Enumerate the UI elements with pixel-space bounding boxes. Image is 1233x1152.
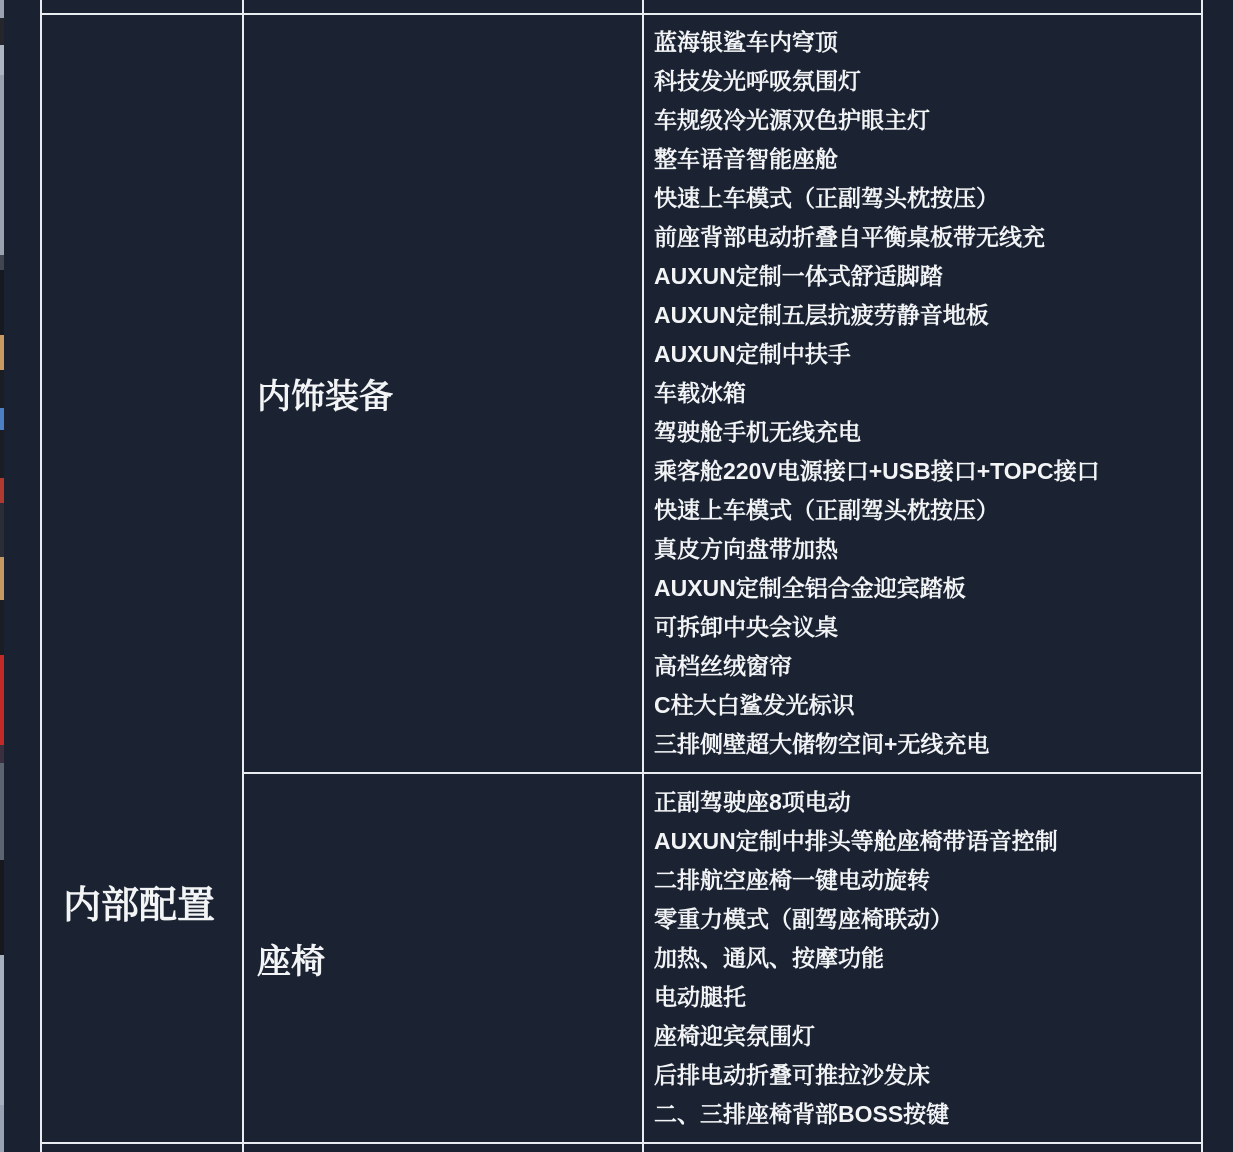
spec-item: 快速上车模式（正副驾头枕按压） xyxy=(654,179,1200,218)
section-label-seats: 座椅 xyxy=(257,942,325,982)
interior-equipment-item-list: 蓝海银鲨车内穹顶科技发光呼吸氛围灯车规级冷光源双色护眼主灯整车语音智能座舱快速上… xyxy=(654,15,1200,772)
row-group-label: 内部配置 xyxy=(63,884,215,928)
table-border-right xyxy=(1201,0,1203,1152)
table-row-bottom-border xyxy=(40,1142,1203,1144)
spec-item: 车载冰箱 xyxy=(654,374,1200,413)
table-column-divider-1 xyxy=(242,0,244,1152)
spec-item: C柱大白鲨发光标识 xyxy=(654,686,1200,725)
table-row-top-border xyxy=(40,13,1203,15)
sliver-segment xyxy=(0,1105,4,1152)
sliver-segment xyxy=(0,45,4,75)
sliver-segment xyxy=(0,763,4,860)
sliver-segment xyxy=(0,408,4,430)
spec-item: AUXUN定制中扶手 xyxy=(654,335,1200,374)
sliver-segment xyxy=(0,18,4,45)
sliver-segment xyxy=(0,655,4,745)
spec-item: 零重力模式（副驾座椅联动） xyxy=(654,900,1200,939)
spec-item: 整车语音智能座舱 xyxy=(654,140,1200,179)
spec-item: AUXUN定制全铝合金迎宾踏板 xyxy=(654,569,1200,608)
table-section-divider xyxy=(242,772,1203,774)
sliver-segment xyxy=(0,430,4,478)
spec-item: AUXUN定制五层抗疲劳静音地板 xyxy=(654,296,1200,335)
background-window-sliver xyxy=(0,0,4,1152)
spec-item: 二、三排座椅背部BOSS按键 xyxy=(654,1095,1200,1134)
sliver-segment xyxy=(0,335,4,370)
spec-item: 驾驶舱手机无线充电 xyxy=(654,413,1200,452)
sliver-segment xyxy=(0,0,4,18)
spec-item: 加热、通风、按摩功能 xyxy=(654,939,1200,978)
spec-item: 二排航空座椅一键电动旋转 xyxy=(654,861,1200,900)
spec-item: 高档丝绒窗帘 xyxy=(654,647,1200,686)
sliver-segment xyxy=(0,503,4,557)
spec-item: AUXUN定制中排头等舱座椅带语音控制 xyxy=(654,822,1200,861)
spec-item: 三排侧壁超大储物空间+无线充电 xyxy=(654,725,1200,764)
sliver-segment xyxy=(0,370,4,408)
table-border-left xyxy=(40,0,42,1152)
spec-item: AUXUN定制一体式舒适脚踏 xyxy=(654,257,1200,296)
spec-item: 正副驾驶座8项电动 xyxy=(654,783,1200,822)
spec-item: 电动腿托 xyxy=(654,978,1200,1017)
sliver-segment xyxy=(0,255,4,270)
spec-item: 前座背部电动折叠自平衡桌板带无线充 xyxy=(654,218,1200,257)
section-label-interior-equipment: 内饰装备 xyxy=(257,377,393,417)
sliver-segment xyxy=(0,860,4,955)
sliver-segment xyxy=(0,75,4,255)
sliver-segment xyxy=(0,955,4,1105)
spec-item: 可拆卸中央会议桌 xyxy=(654,608,1200,647)
sliver-segment xyxy=(0,557,4,600)
spec-item: 科技发光呼吸氛围灯 xyxy=(654,62,1200,101)
table-column-divider-2 xyxy=(642,0,644,1152)
spec-item: 快速上车模式（正副驾头枕按压） xyxy=(654,491,1200,530)
sliver-segment xyxy=(0,478,4,503)
spec-item: 后排电动折叠可推拉沙发床 xyxy=(654,1056,1200,1095)
spec-item: 真皮方向盘带加热 xyxy=(654,530,1200,569)
sliver-segment xyxy=(0,745,4,763)
spec-item: 车规级冷光源双色护眼主灯 xyxy=(654,101,1200,140)
sliver-segment xyxy=(0,270,4,335)
spec-item: 座椅迎宾氛围灯 xyxy=(654,1017,1200,1056)
sliver-segment xyxy=(0,600,4,655)
seat-item-list: 正副驾驶座8项电动AUXUN定制中排头等舱座椅带语音控制二排航空座椅一键电动旋转… xyxy=(654,774,1200,1142)
spec-item: 蓝海银鲨车内穹顶 xyxy=(654,23,1200,62)
spec-item: 乘客舱220V电源接口+USB接口+TOPC接口 xyxy=(654,452,1200,491)
